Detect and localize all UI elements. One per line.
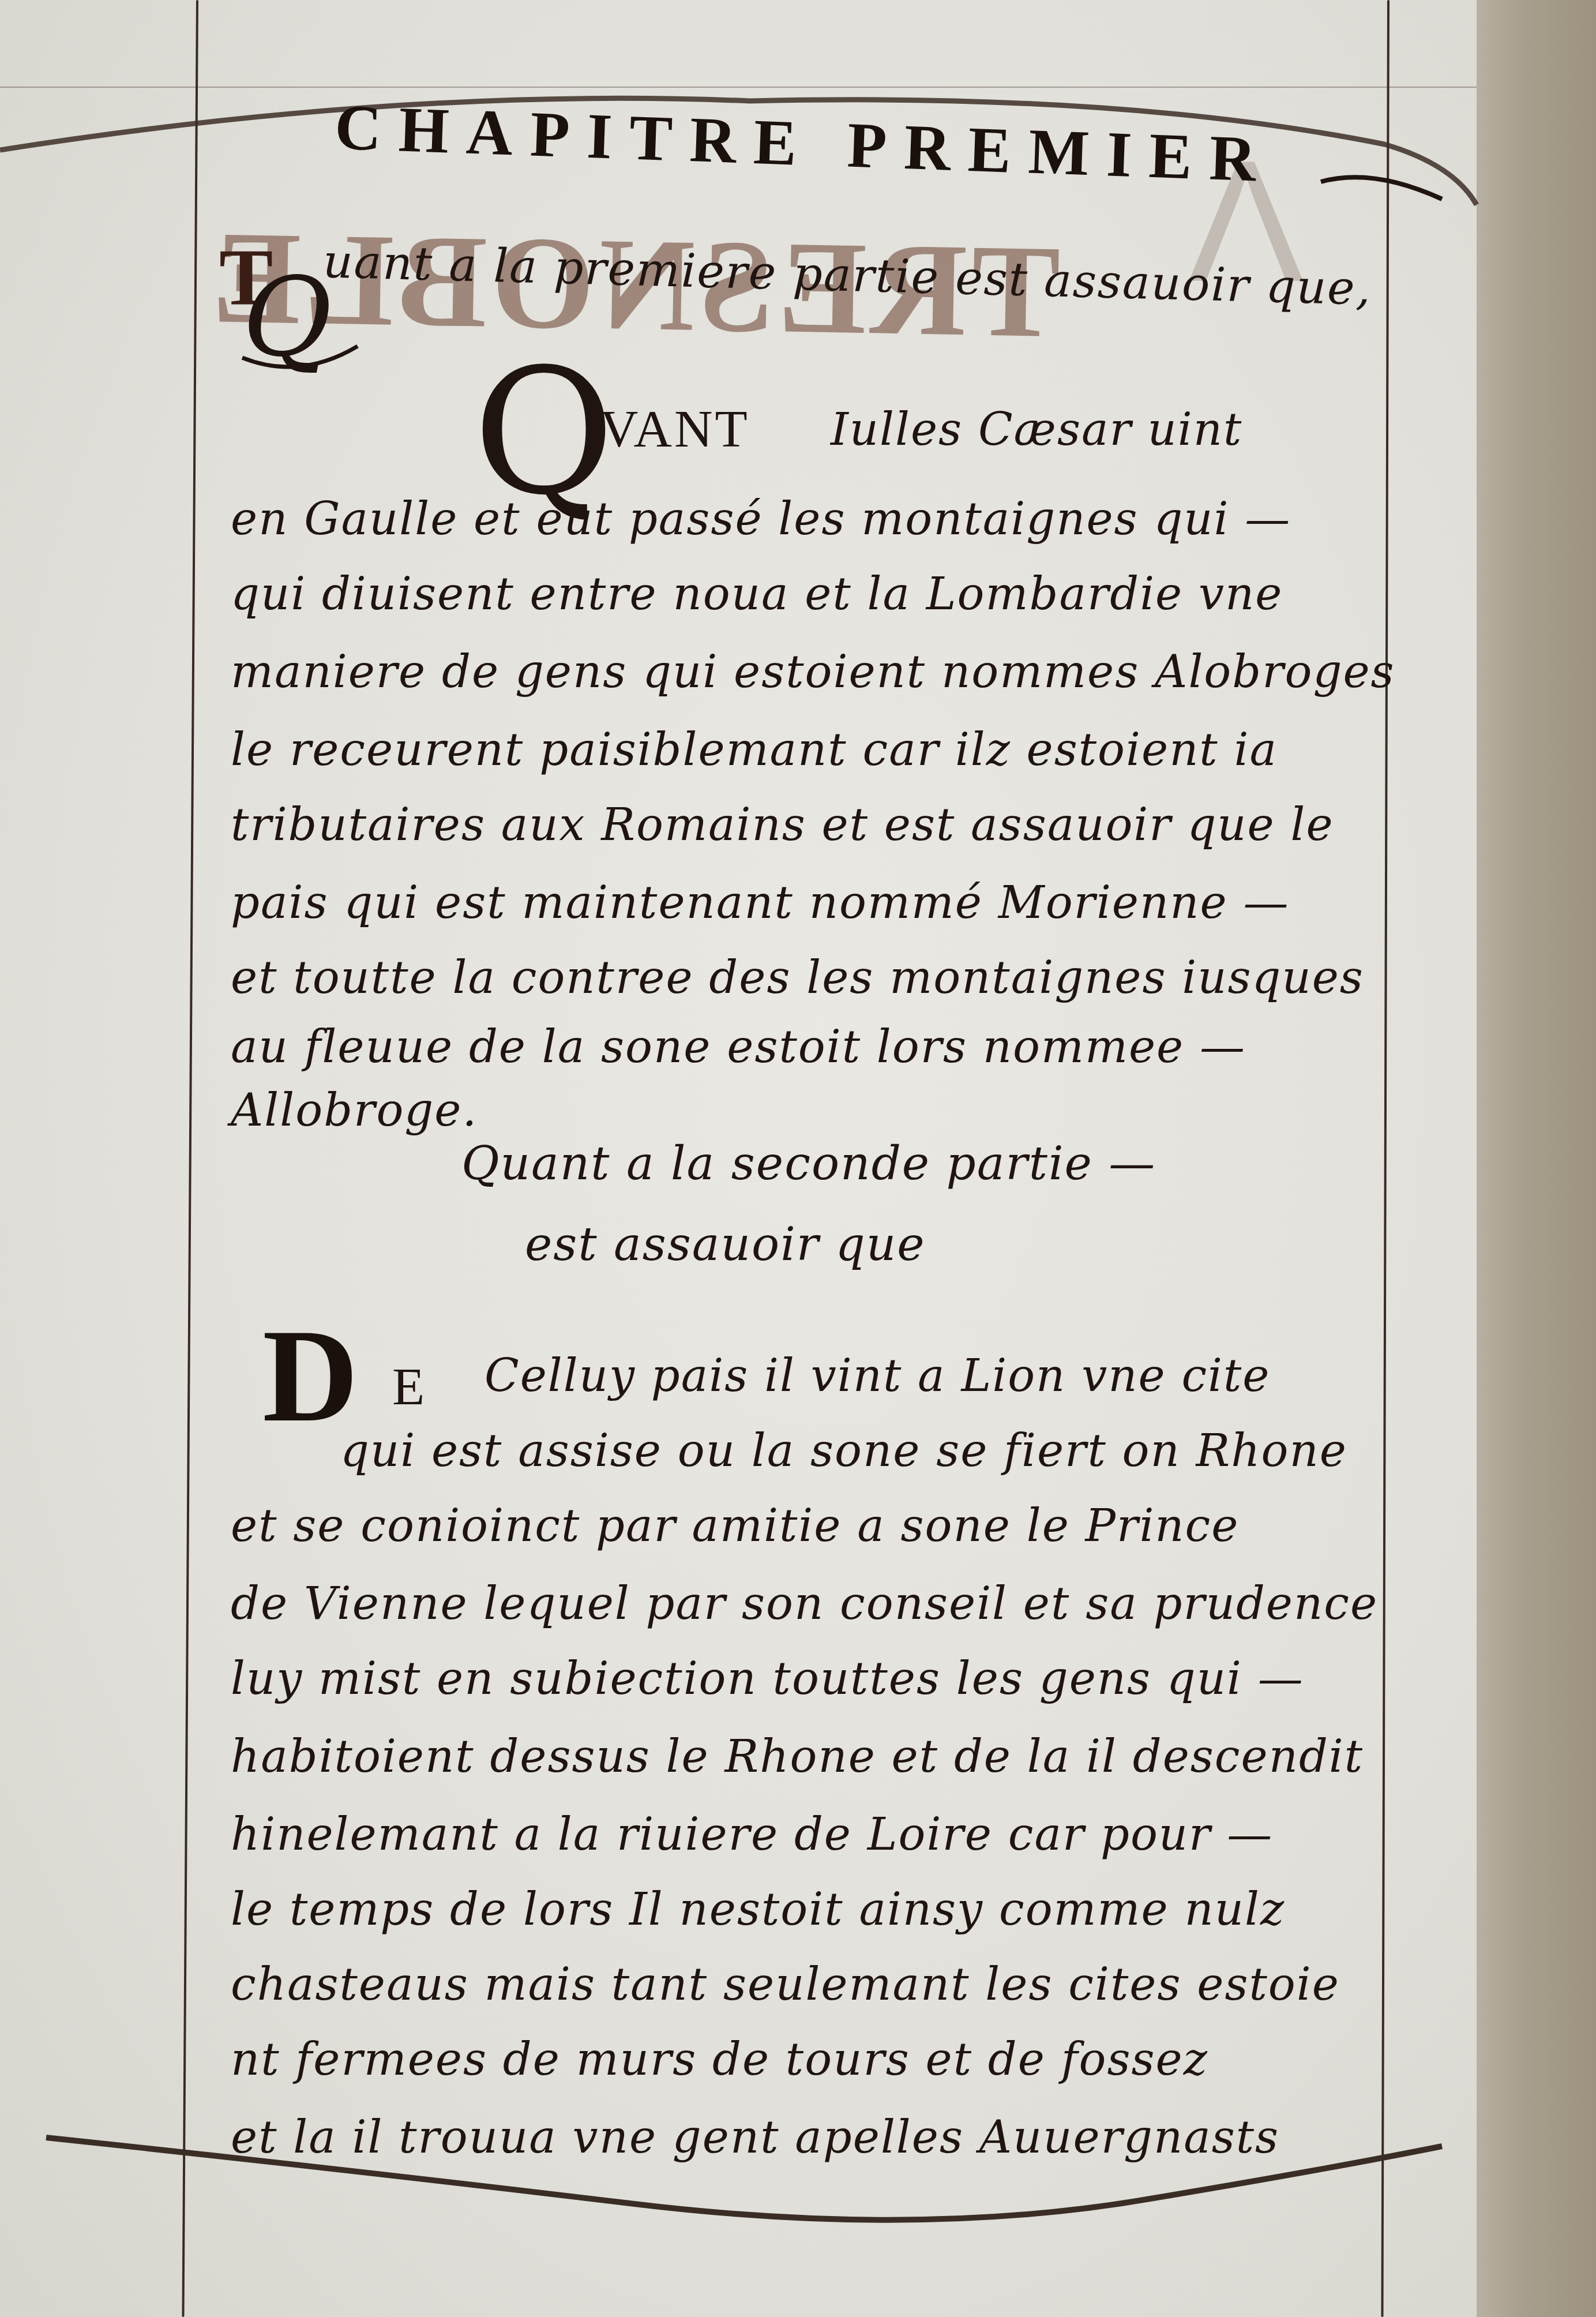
paragraph-2-line: luy mist en subiection touttes les gens …: [231, 1653, 1304, 1705]
paragraph-2-line: habitoient dessus le Rhone et de la il d…: [231, 1731, 1364, 1783]
paragraph-2-line: le temps de lors Il nestoit ainsy comme …: [231, 1884, 1285, 1936]
paragraph-1-line: qui diuisent entre noua et la Lombardie …: [231, 568, 1283, 620]
section-intro-initial: Q: [242, 254, 333, 381]
dropcap-d: D: [262, 1310, 358, 1442]
paragraph-1-line: tributaires aux Romains et est assauoir …: [231, 799, 1334, 851]
paragraph-2-line: qui est assise ou la sone se fiert on Rh…: [340, 1425, 1347, 1477]
paragraph-1-line: et toutte la contree des les montaignes …: [231, 952, 1364, 1004]
paragraph-1-line: le receurent paisiblemant car ilz estoie…: [231, 724, 1278, 776]
paragraph-1-line: pais qui est maintenant nommé Morienne —: [231, 877, 1289, 929]
paragraph-1-line: Iulles Cæsar uint: [831, 404, 1242, 456]
paragraph-2-line: et se conioinct par amitie a sone le Pri…: [231, 1500, 1239, 1552]
paragraph-1-caps: VANT: [600, 398, 750, 459]
paragraph-1-line: Allobroge.: [231, 1085, 478, 1137]
paragraph-2-line: nt fermees de murs de tours et de fossez: [231, 2034, 1208, 2086]
section-two-intro-line: est assauoir que: [525, 1217, 926, 1271]
paragraph-2-line: hinelemant a la riuiere de Loire car pou…: [231, 1809, 1273, 1861]
paragraph-1-line: au fleuue de la sone estoit lors nommee …: [231, 1021, 1246, 1073]
section-two-intro-line: Quant a la seconde partie —: [461, 1137, 1156, 1190]
paragraph-2-line: chasteaus mais tant seulemant les cites …: [231, 1959, 1340, 2011]
manuscript-photo: TRESNOBLE Λ CHAPITRE PREMIER T Q uant a …: [0, 0, 1596, 2317]
paragraph-2-line: Celluy pais il vint a Lion vne cite: [485, 1350, 1271, 1402]
heading-tail-swash: [1321, 177, 1442, 199]
paragraph-2-line: de Vienne lequel par son conseil et sa p…: [231, 1578, 1378, 1630]
dropcap-d-suffix: E: [392, 1356, 427, 1417]
paragraph-1-line: maniere de gens qui estoient nommes Alob…: [231, 646, 1395, 698]
paragraph-2-line: et la il trouua vne gent apelles Auuergn…: [231, 2112, 1279, 2164]
paragraph-1-line: en Gaulle et eut passé les montaignes qu…: [231, 493, 1291, 545]
